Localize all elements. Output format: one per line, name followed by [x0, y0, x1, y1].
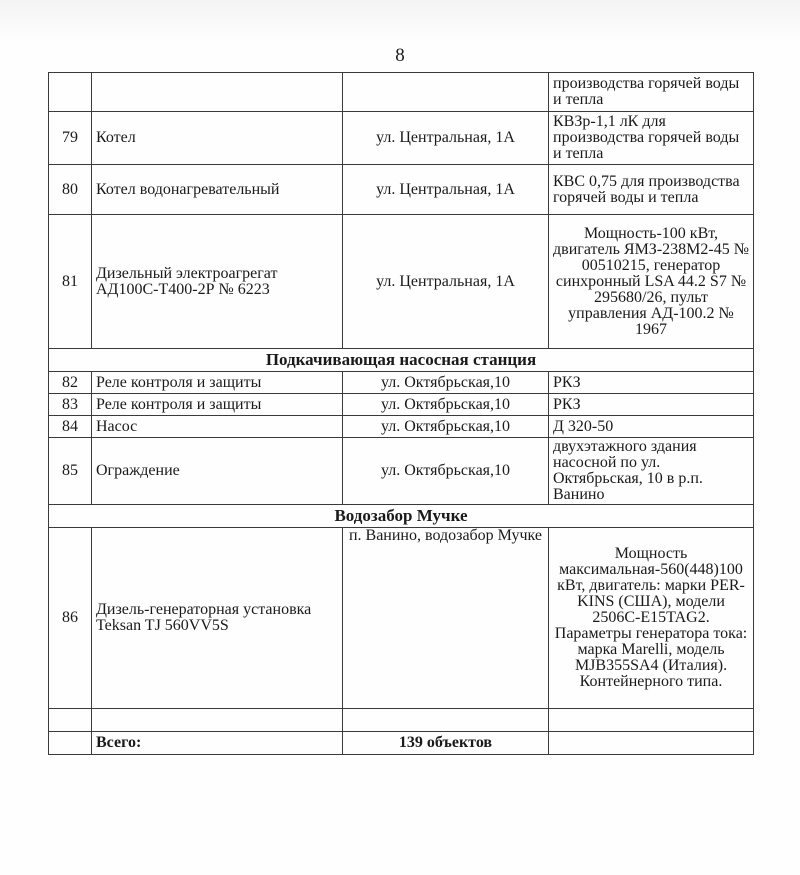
row-number: 81 — [49, 215, 92, 349]
row-name: Котел водонагревательный — [92, 165, 343, 215]
row-number: 86 — [49, 528, 92, 709]
section-title: Подкачивающая насосная станция — [49, 349, 754, 372]
row-name — [92, 709, 343, 732]
row-number: 85 — [49, 438, 92, 505]
table-row: 80 Котел водонагревательный ул. Централь… — [49, 165, 754, 215]
table-row-continuation: производства горячей воды и тепла — [49, 73, 754, 112]
row-address — [343, 709, 549, 732]
total-label: Всего: — [92, 732, 343, 755]
row-number: 80 — [49, 165, 92, 215]
table-row: 84 Насос ул. Октябрьская,10 Д 320-50 — [49, 416, 754, 438]
property-registry-table: производства горячей воды и тепла 79 Кот… — [48, 72, 754, 755]
row-name: Дизель-генераторная установка Teksan TJ … — [92, 528, 343, 709]
scan-header-artifact — [0, 0, 800, 40]
row-address: ул. Октябрьская,10 — [343, 372, 549, 394]
row-number: 84 — [49, 416, 92, 438]
row-description: Мощность-100 кВт, двигатель ЯМЗ-238М2-45… — [549, 215, 754, 349]
row-description — [549, 709, 754, 732]
table-row: 81 Дизельный электроагрегат АД100С-Т400-… — [49, 215, 754, 349]
row-address: ул. Центральная, 1А — [343, 215, 549, 349]
total-row: Всего: 139 объектов — [49, 732, 754, 755]
row-number: 83 — [49, 394, 92, 416]
row-number — [49, 73, 92, 112]
row-description: КВЗр-1,1 лК для производства горячей вод… — [549, 112, 754, 165]
section-header-row: Водозабор Мучке — [49, 505, 754, 528]
total-row-description — [549, 732, 754, 755]
table-row: 85 Ограждение ул. Октябрьская,10 двухэта… — [49, 438, 754, 505]
row-address: ул. Октябрьская,10 — [343, 438, 549, 505]
row-description: производства горячей воды и тепла — [549, 73, 754, 112]
row-name: Насос — [92, 416, 343, 438]
table-row: 83 Реле контроля и защиты ул. Октябрьска… — [49, 394, 754, 416]
row-address: ул. Центральная, 1А — [343, 112, 549, 165]
row-number: 79 — [49, 112, 92, 165]
row-name: Дизельный электроагрегат АД100С-Т400-2Р … — [92, 215, 343, 349]
row-address: ул. Октябрьская,10 — [343, 394, 549, 416]
total-value: 139 объектов — [343, 732, 549, 755]
row-description: Мощность максимальная-560(448)100 кВт, д… — [549, 528, 754, 709]
row-description: Д 320-50 — [549, 416, 754, 438]
row-address: п. Ванино, водозабор Мучке — [343, 528, 549, 709]
total-row-number — [49, 732, 92, 755]
table-row: 79 Котел ул. Центральная, 1А КВЗр-1,1 лК… — [49, 112, 754, 165]
section-header-row: Подкачивающая насосная станция — [49, 349, 754, 372]
row-description: КВС 0,75 для производства горячей воды и… — [549, 165, 754, 215]
row-description: двухэтажного здания насосной по ул. Октя… — [549, 438, 754, 505]
row-name: Реле контроля и защиты — [92, 394, 343, 416]
row-number: 82 — [49, 372, 92, 394]
table-row: 86 Дизель-генераторная установка Teksan … — [49, 528, 754, 709]
row-name — [92, 73, 343, 112]
row-name: Ограждение — [92, 438, 343, 505]
table-row-empty — [49, 709, 754, 732]
row-number — [49, 709, 92, 732]
section-title: Водозабор Мучке — [49, 505, 754, 528]
row-address: ул. Центральная, 1А — [343, 165, 549, 215]
row-description: РКЗ — [549, 372, 754, 394]
row-name: Реле контроля и защиты — [92, 372, 343, 394]
row-name: Котел — [92, 112, 343, 165]
row-address — [343, 73, 549, 112]
page-number: 8 — [0, 45, 800, 67]
row-address: ул. Октябрьская,10 — [343, 416, 549, 438]
row-description: РКЗ — [549, 394, 754, 416]
table-row: 82 Реле контроля и защиты ул. Октябрьска… — [49, 372, 754, 394]
